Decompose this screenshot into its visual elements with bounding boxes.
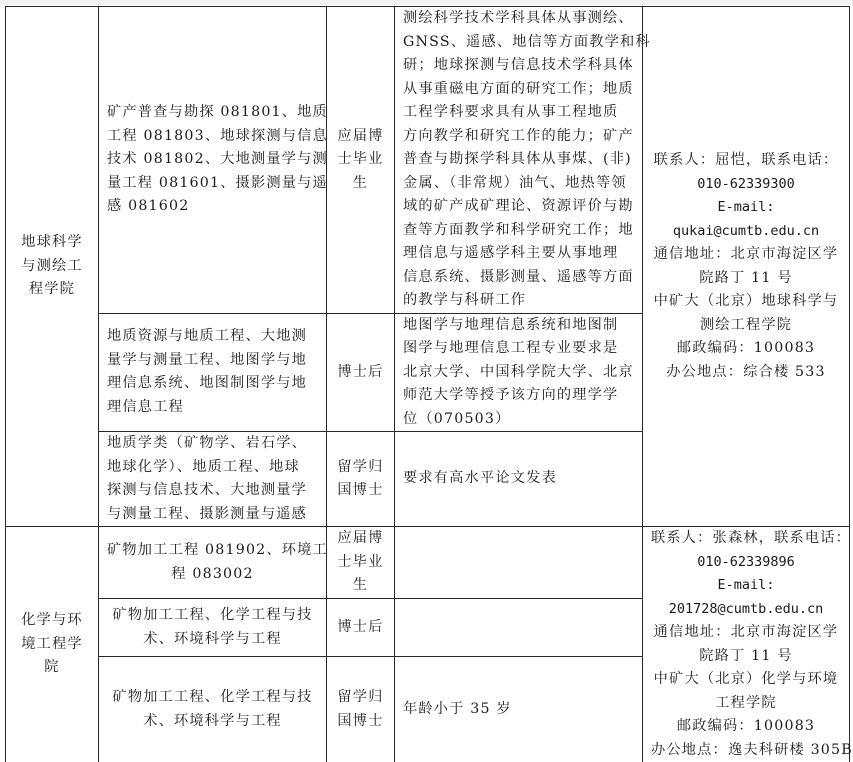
college-name-line: 境工程学: [14, 633, 90, 657]
type-line: 生: [335, 574, 386, 598]
requirement-line: 方向教学和研究工作的能力；矿产: [403, 125, 634, 149]
type-line: 博士后: [335, 616, 386, 640]
candidate-type-cell: 应届博 士毕业 生: [327, 527, 395, 599]
requirements-cell: 测绘科学技术学科具体从事测绘、 GNSS、遥感、地信等方面教学和科 研；地球探测…: [395, 7, 643, 314]
requirement-line: 地图学与地理信息系统和地图制: [403, 314, 634, 338]
email-label: E-mail:: [651, 574, 841, 598]
contact-email: 201728@cumtb.edu.cn: [651, 598, 841, 622]
requirement-line: 图学与地理信息工程专业要求是: [403, 337, 634, 361]
table-row: 化学与环 境工程学 院 矿物加工工程 081902、环境工 程 083002 应…: [6, 527, 850, 599]
address-line: 院路丁 11 号: [651, 645, 841, 669]
office-location: 办公地点：综合楼 533: [651, 361, 841, 385]
requirement-line: 从事重磁电方面的研究工作；地质: [403, 78, 634, 102]
type-line: 生: [335, 172, 386, 196]
major-line: 地球化学）、地质工程、地球: [107, 456, 318, 480]
major-cell: 矿物加工工程、化学工程与技 术、环境科学与工程: [99, 599, 327, 657]
address-line: 通信地址：北京市海淀区学: [651, 621, 841, 645]
requirement-line: 查等方面教学和科学研究工作；地: [403, 219, 634, 243]
major-cell: 地质学类（矿物学、岩石学、 地球化学）、地质工程、地球 探测与信息技术、大地测量…: [99, 432, 327, 527]
address-line: 院路丁 11 号: [651, 267, 841, 291]
requirement-line: 信息系统、摄影测量、遥感等方面: [403, 266, 634, 290]
requirements-cell: [395, 599, 643, 657]
type-line: 士毕业: [335, 148, 386, 172]
candidate-type-cell: 博士后: [327, 313, 395, 432]
postcode: 邮政编码：100083: [651, 715, 841, 739]
major-line: 术、环境科学与工程: [107, 628, 318, 652]
type-line: 国博士: [335, 710, 386, 734]
requirement-line: 要求有高水平论文发表: [403, 467, 634, 491]
type-line: 士毕业: [335, 551, 386, 575]
college-name-line: 与测绘工: [14, 255, 90, 279]
major-line: 地质学类（矿物学、岩石学、: [107, 432, 318, 456]
major-line: 理信息工程: [107, 396, 318, 420]
email-label: E-mail:: [651, 196, 841, 220]
requirement-line: 工程学科要求具有从事工程地质: [403, 101, 634, 125]
address-line: 中矿大（北京）地球科学与: [651, 290, 841, 314]
contact-cell: 联系人：张森林，联系电话： 010-62339896 E-mail: 20172…: [643, 527, 850, 762]
major-line: 地质资源与地质工程、大地测: [107, 325, 318, 349]
type-line: 博士后: [335, 361, 386, 385]
type-line: 应届博: [335, 527, 386, 551]
recruitment-requirements-table: 地球科学 与测绘工 程学院 矿产普查与勘探 081801、地质 工程 08180…: [5, 6, 850, 762]
requirements-cell: 年龄小于 35 岁: [395, 657, 643, 762]
major-line: 矿物加工工程、化学工程与技: [107, 604, 318, 628]
requirement-line: 研；地球探测与信息技术学科具体: [403, 54, 634, 78]
contact-person: 联系人：张森林，联系电话：: [651, 527, 841, 551]
requirement-line: 普查与勘探学科具体从事煤、(非): [403, 148, 634, 172]
major-line: 程 083002: [107, 563, 318, 587]
college-cell: 化学与环 境工程学 院: [6, 527, 99, 762]
type-line: 国博士: [335, 479, 386, 503]
major-cell: 矿物加工工程、化学工程与技 术、环境科学与工程: [99, 657, 327, 762]
page-top-edge: [0, 0, 853, 5]
major-cell: 矿物加工工程 081902、环境工 程 083002: [99, 527, 327, 599]
requirements-cell: 地图学与地理信息系统和地图制 图学与地理信息工程专业要求是 北京大学、中国科学院…: [395, 313, 643, 432]
address-line: 测绘工程学院: [651, 314, 841, 338]
requirement-line: 理信息与遥感学科主要从事地理: [403, 242, 634, 266]
candidate-type-cell: 应届博 士毕业 生: [327, 7, 395, 314]
type-line: 留学归: [335, 686, 386, 710]
contact-person: 联系人：屈恺，联系电话：: [651, 149, 841, 173]
address-line: 工程学院: [651, 692, 841, 716]
requirement-line: 师范大学等授予该方向的理学学: [403, 384, 634, 408]
requirement-line: 测绘科学技术学科具体从事测绘、: [403, 7, 634, 31]
candidate-type-cell: 留学归 国博士: [327, 432, 395, 527]
major-line: 量工程 081601、摄影测量与遥: [107, 172, 318, 196]
contact-phone: 010-62339300: [651, 173, 841, 197]
postcode: 邮政编码：100083: [651, 337, 841, 361]
type-line: 留学归: [335, 456, 386, 480]
contact-email: qukai@cumtb.edu.cn: [651, 220, 841, 244]
table-row: 地球科学 与测绘工 程学院 矿产普查与勘探 081801、地质 工程 08180…: [6, 7, 850, 314]
requirement-line: 域的矿产成矿理论、资源评价与勘: [403, 195, 634, 219]
major-line: 感 081602: [107, 195, 318, 219]
major-line: 与测量工程、摄影测量与遥感: [107, 503, 318, 527]
major-line: 矿物加工工程、化学工程与技: [107, 686, 318, 710]
college-name-line: 化学与环: [14, 609, 90, 633]
requirement-line: 金属、（非常规）油气、地热等领: [403, 172, 634, 196]
contact-phone: 010-62339896: [651, 551, 841, 575]
major-line: 矿物加工工程 081902、环境工: [107, 539, 318, 563]
requirements-cell: [395, 527, 643, 599]
major-line: 术、环境科学与工程: [107, 710, 318, 734]
college-cell: 地球科学 与测绘工 程学院: [6, 7, 99, 527]
address-line: 通信地址：北京市海淀区学: [651, 243, 841, 267]
major-line: 工程 081803、地球探测与信息: [107, 125, 318, 149]
college-name-line: 地球科学: [14, 231, 90, 255]
major-line: 技术 081802、大地测量学与测: [107, 148, 318, 172]
address-line: 中矿大（北京）化学与环境: [651, 668, 841, 692]
college-name-line: 院: [14, 656, 90, 680]
major-cell: 地质资源与地质工程、大地测 量学与测量工程、地图学与地 理信息系统、地图制图学与…: [99, 313, 327, 432]
major-line: 探测与信息技术、大地测量学: [107, 479, 318, 503]
major-line: 矿产普查与勘探 081801、地质: [107, 101, 318, 125]
college-name-line: 程学院: [14, 278, 90, 302]
major-line: 理信息系统、地图制图学与地: [107, 372, 318, 396]
type-line: 应届博: [335, 125, 386, 149]
requirement-line: GNSS、遥感、地信等方面教学和科: [403, 31, 634, 55]
contact-cell: 联系人：屈恺，联系电话： 010-62339300 E-mail: qukai@…: [643, 7, 850, 527]
requirement-line: 位（070503）: [403, 408, 634, 432]
major-cell: 矿产普查与勘探 081801、地质 工程 081803、地球探测与信息 技术 0…: [99, 7, 327, 314]
candidate-type-cell: 博士后: [327, 599, 395, 657]
major-line: 量学与测量工程、地图学与地: [107, 349, 318, 373]
office-location: 办公地点：逸夫科研楼 305B: [651, 739, 841, 762]
requirement-line: 北京大学、中国科学院大学、北京: [403, 361, 634, 385]
requirement-line: 年龄小于 35 岁: [403, 698, 634, 722]
requirement-line: 的教学与科研工作: [403, 289, 634, 313]
requirements-cell: 要求有高水平论文发表: [395, 432, 643, 527]
candidate-type-cell: 留学归 国博士: [327, 657, 395, 762]
